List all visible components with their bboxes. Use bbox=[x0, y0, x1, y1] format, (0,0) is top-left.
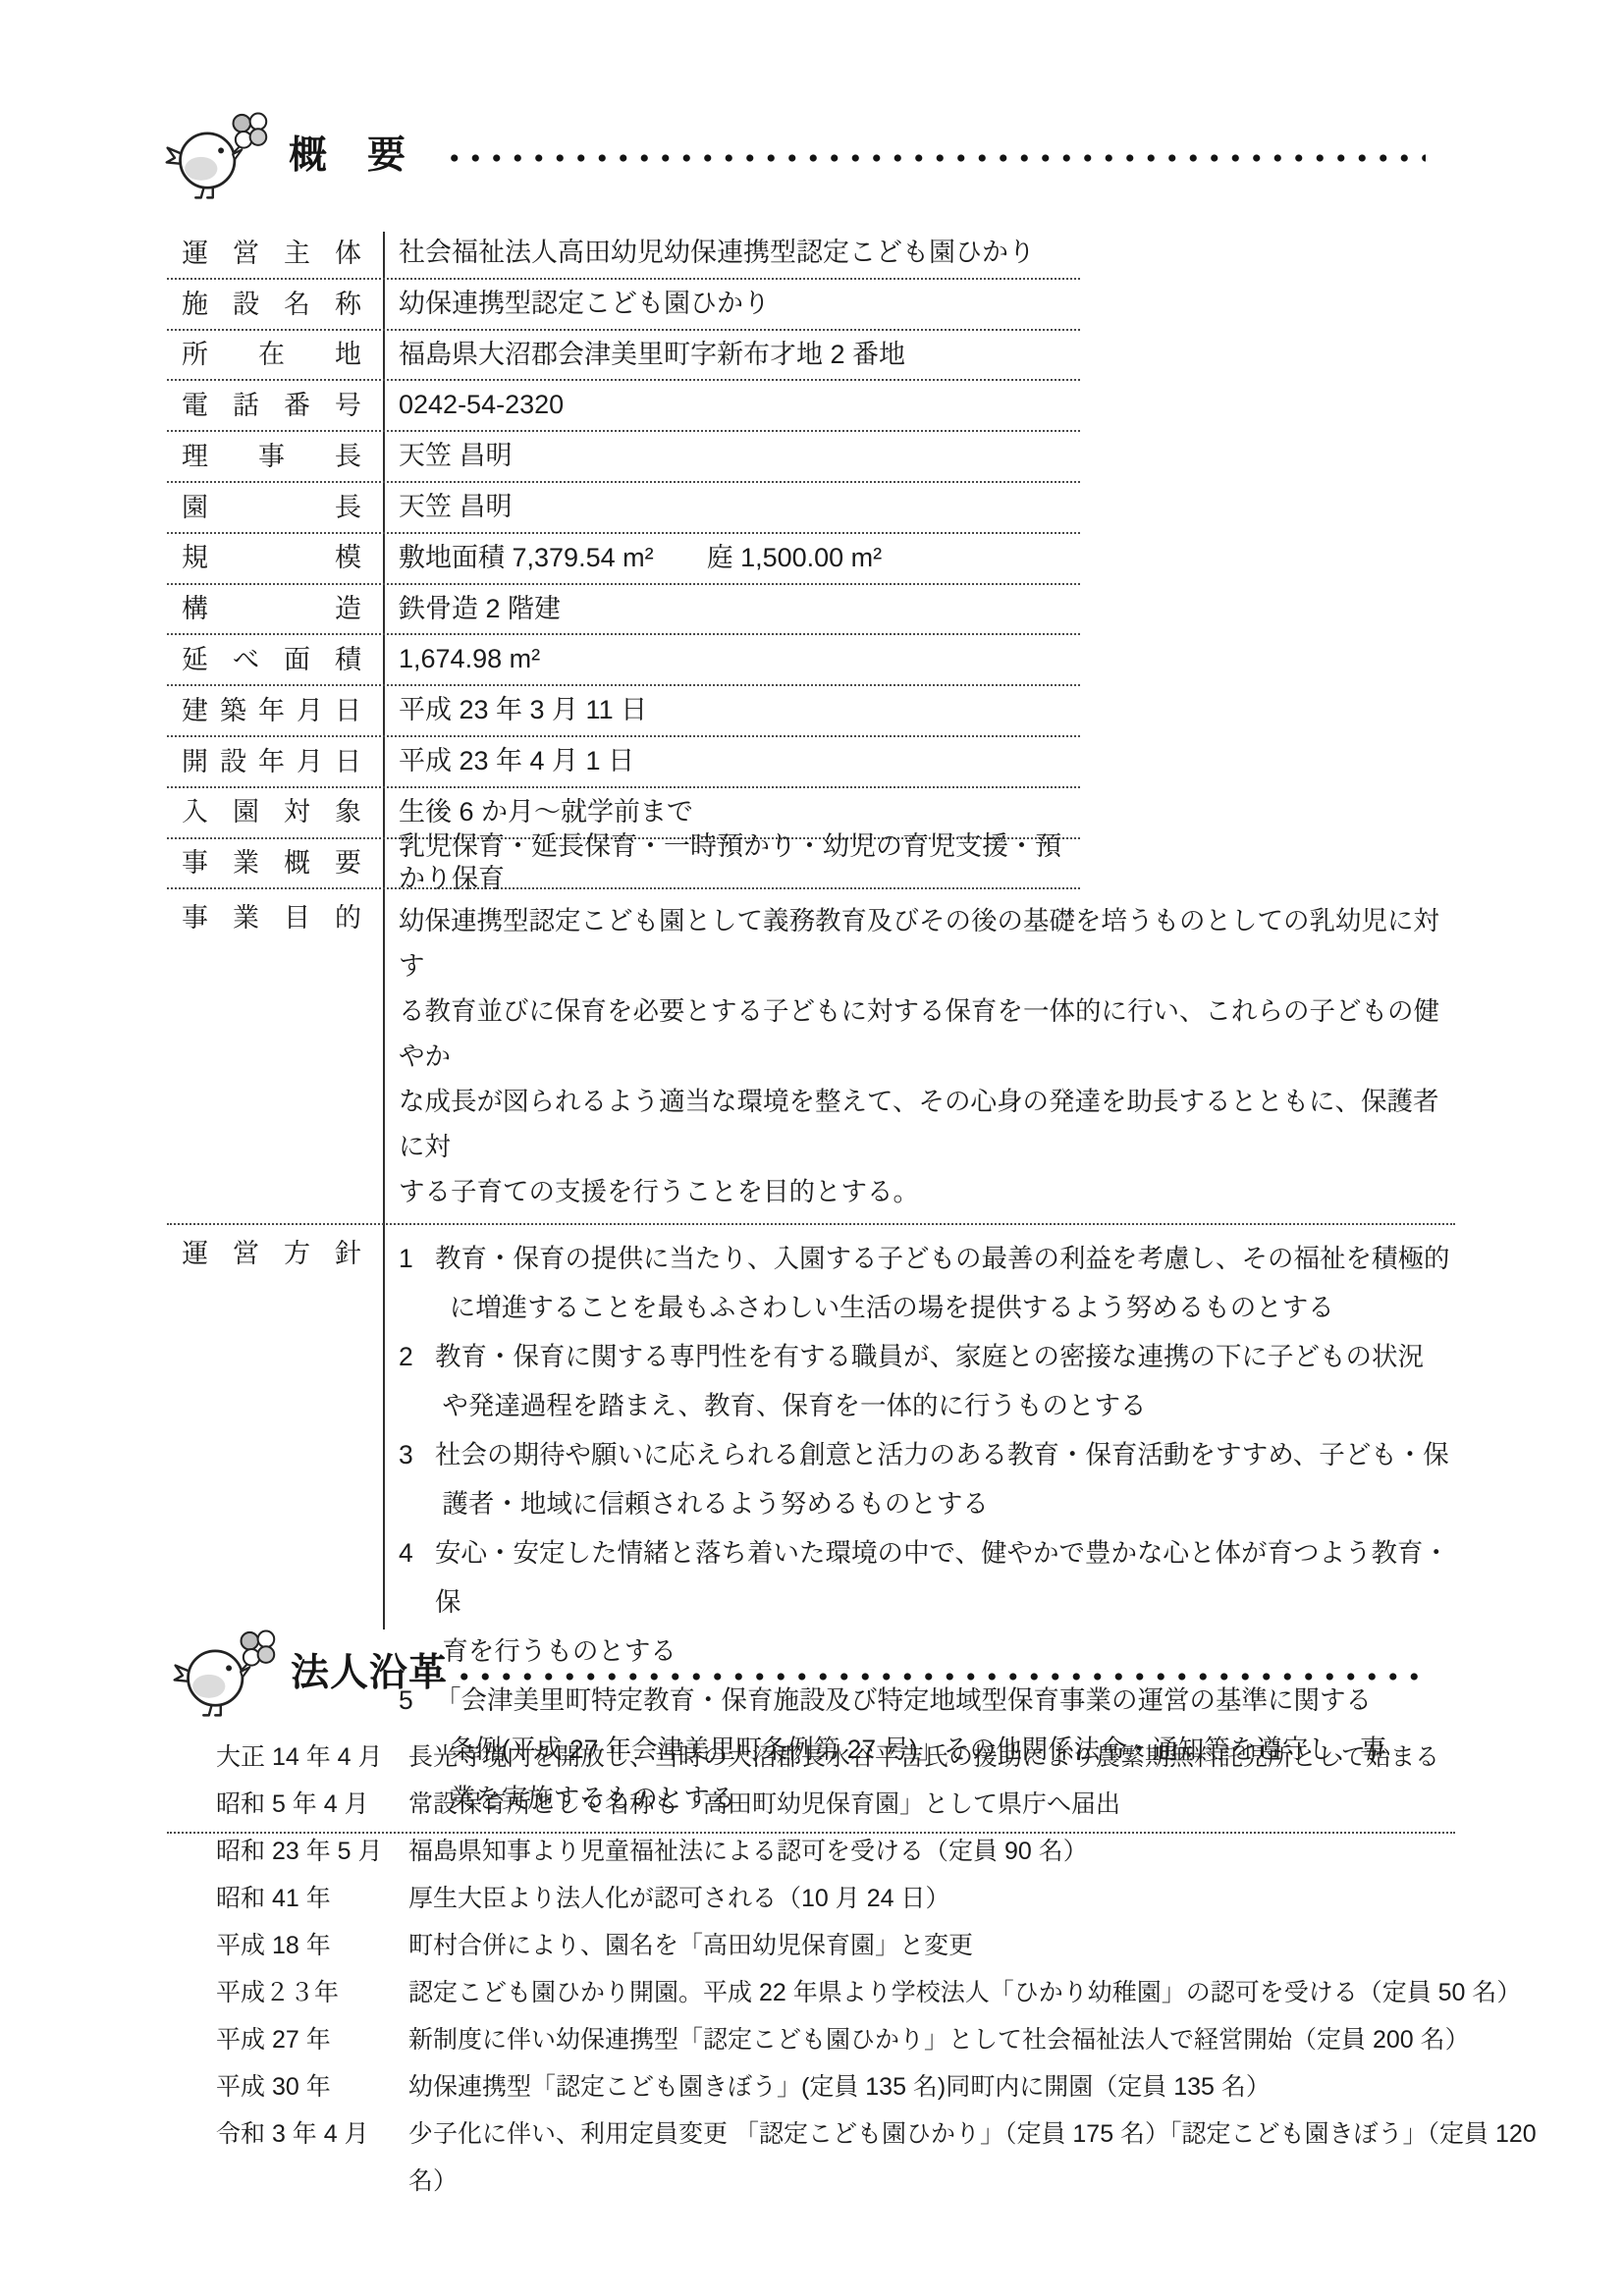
row-label: 運 営 主 体 bbox=[167, 238, 383, 269]
document-page: 概 要 運 営 主 体社会福祉法人高田幼児幼保連携型認定こども園ひかり施 設 名… bbox=[0, 0, 1624, 2296]
history-section-header: 法人沿革 bbox=[171, 1626, 1431, 1720]
bird-clover-icon bbox=[163, 108, 281, 202]
table-row: 運 営 主 体社会福祉法人高田幼児幼保連携型認定こども園ひかり bbox=[167, 229, 1080, 280]
policy-item-text: 社会の期待や願いに応えられる創意と活力のある教育・保育活動をすすめ、子ども・保 … bbox=[435, 1430, 1455, 1528]
policy-item-text: 教育・保育に関する専門性を有する職員が、家庭との密接な連携の下に子どもの状況 や… bbox=[435, 1332, 1455, 1430]
row-label: 園 長 bbox=[167, 492, 383, 523]
table-row: 建 築 年 月 日平成 23 年 3 月 11 日 bbox=[167, 686, 1080, 737]
history-date: 昭和 41 年 bbox=[216, 1875, 408, 1922]
policy-item: 2教育・保育に関する専門性を有する職員が、家庭との密接な連携の下に子どもの状況 … bbox=[399, 1332, 1455, 1430]
history-row: 大正 14 年 4 月長光寺境内を開放し、当時の大沼郡長水谷平吉氏の援助により農… bbox=[216, 1734, 1561, 1781]
history-row: 昭和 5 年 4 月常設保育所として名称も「高田町幼児保育園」として県庁へ届出 bbox=[216, 1781, 1561, 1828]
row-value: 幼保連携型認定こども園ひかり bbox=[383, 288, 770, 321]
row-label: 運 営 方 針 bbox=[167, 1232, 383, 1269]
history-date: 平成２３年 bbox=[216, 1969, 408, 2016]
history-description: 少子化に伴い、利用定員変更 「認定こども園ひかり」（定員 175 名）「認定こど… bbox=[408, 2110, 1561, 2205]
row-value: 福島県大沼郡会津美里町字新布才地 2 番地 bbox=[383, 339, 905, 372]
history-date: 令和 3 年 4 月 bbox=[216, 2110, 408, 2205]
table-row: 構 造鉄骨造 2 階建 bbox=[167, 585, 1080, 636]
history-description: 幼保連携型「認定こども園きぼう」(定員 135 名)同町内に開園（定員 135 … bbox=[408, 2063, 1561, 2110]
history-description: 福島県知事より児童福祉法による認可を受ける（定員 90 名） bbox=[408, 1828, 1561, 1875]
row-label: 構 造 bbox=[167, 593, 383, 624]
history-row: 平成 27 年新制度に伴い幼保連携型「認定こども園ひかり」として社会福祉法人で経… bbox=[216, 2016, 1561, 2063]
overview-section-header: 概 要 bbox=[163, 108, 1426, 202]
table-row: 園 長天笠 昌明 bbox=[167, 483, 1080, 534]
policy-item: 3社会の期待や願いに応えられる創意と活力のある教育・保育活動をすすめ、子ども・保… bbox=[399, 1430, 1455, 1528]
table-row-purpose: 事 業 目 的幼保連携型認定こども園として義務教育及びその後の基礎を培うものとし… bbox=[167, 889, 1455, 1225]
row-label: 延 べ 面 積 bbox=[167, 644, 383, 675]
row-value: 平成 23 年 4 月 1 日 bbox=[383, 745, 634, 778]
table-row: 開 設 年 月 日平成 23 年 4 月 1 日 bbox=[167, 737, 1080, 788]
table-row: 延 べ 面 積1,674.98 m² bbox=[167, 635, 1080, 686]
row-value: 幼保連携型認定こども園として義務教育及びその後の基礎を培うものとしての乳幼児に対… bbox=[383, 896, 1455, 1214]
history-description: 新制度に伴い幼保連携型「認定こども園ひかり」として社会福祉法人で経営開始（定員 … bbox=[408, 2016, 1561, 2063]
table-row: 規 模敷地面積 7,379.54 m² 庭 1,500.00 m² bbox=[167, 534, 1080, 585]
row-label: 規 模 bbox=[167, 542, 383, 573]
policy-item-text: 教育・保育の提供に当たり、入園する子どもの最善の利益を考慮し、その福祉を積極的 … bbox=[435, 1234, 1455, 1332]
row-value: 1,674.98 m² bbox=[383, 643, 540, 676]
row-value: 天笠 昌明 bbox=[383, 440, 513, 473]
history-row: 平成 18 年町村合併により、園名を「高田幼児保育園」と変更 bbox=[216, 1922, 1561, 1969]
row-label: 施 設 名 称 bbox=[167, 289, 383, 320]
history-description: 町村合併により、園名を「高田幼児保育園」と変更 bbox=[408, 1922, 1561, 1969]
row-label: 開 設 年 月 日 bbox=[167, 746, 383, 777]
row-value: 乳児保育・延長保育・一時預かり・幼児の育児支援・預かり保育 bbox=[383, 830, 1080, 897]
history-row: 昭和 23 年 5 月福島県知事より児童福祉法による認可を受ける（定員 90 名… bbox=[216, 1828, 1561, 1875]
table-row: 理 事 長天笠 昌明 bbox=[167, 432, 1080, 483]
row-value: 鉄骨造 2 階建 bbox=[383, 593, 561, 626]
history-date: 平成 18 年 bbox=[216, 1922, 408, 1969]
policy-item-number: 2 bbox=[399, 1332, 435, 1430]
bird-clover-icon bbox=[171, 1626, 289, 1720]
table-row: 電 話 番 号0242-54-2320 bbox=[167, 381, 1080, 432]
overview-title: 概 要 bbox=[289, 136, 406, 175]
row-label: 電 話 番 号 bbox=[167, 390, 383, 421]
history-date: 大正 14 年 4 月 bbox=[216, 1734, 408, 1781]
table-row: 事 業 概 要乳児保育・延長保育・一時預かり・幼児の育児支援・預かり保育 bbox=[167, 839, 1080, 890]
row-label: 建 築 年 月 日 bbox=[167, 695, 383, 726]
row-value: 平成 23 年 3 月 11 日 bbox=[383, 694, 647, 727]
history-row: 昭和 41 年厚生大臣より法人化が認可される（10 月 24 日） bbox=[216, 1875, 1561, 1922]
history-date: 平成 27 年 bbox=[216, 2016, 408, 2063]
policy-item-number: 1 bbox=[399, 1234, 435, 1332]
row-label: 事 業 概 要 bbox=[167, 847, 383, 879]
policy-item: 1教育・保育の提供に当たり、入園する子どもの最善の利益を考慮し、その福祉を積極的… bbox=[399, 1234, 1455, 1332]
history-row: 平成 30 年幼保連携型「認定こども園きぼう」(定員 135 名)同町内に開園（… bbox=[216, 2063, 1561, 2110]
row-label: 入 園 対 象 bbox=[167, 796, 383, 828]
history-title: 法人沿革 bbox=[291, 1654, 448, 1692]
dotted-rule bbox=[444, 153, 1426, 163]
row-value: 敷地面積 7,379.54 m² 庭 1,500.00 m² bbox=[383, 542, 882, 575]
history-row: 平成２３年認定こども園ひかり開園。平成 22 年県より学校法人「ひかり幼稚園」の… bbox=[216, 1969, 1561, 2016]
history-date: 昭和 5 年 4 月 bbox=[216, 1781, 408, 1828]
row-value: 天笠 昌明 bbox=[383, 491, 513, 524]
row-value: 社会福祉法人高田幼児幼保連携型認定こども園ひかり bbox=[383, 237, 1035, 270]
row-value: 0242-54-2320 bbox=[383, 389, 564, 422]
history-row: 令和 3 年 4 月少子化に伴い、利用定員変更 「認定こども園ひかり」（定員 1… bbox=[216, 2110, 1561, 2205]
row-label: 理 事 長 bbox=[167, 441, 383, 472]
history-list: 大正 14 年 4 月長光寺境内を開放し、当時の大沼郡長水谷平吉氏の援助により農… bbox=[216, 1734, 1561, 2205]
history-description: 長光寺境内を開放し、当時の大沼郡長水谷平吉氏の援助により農繁期無料託児所として始… bbox=[408, 1734, 1561, 1781]
row-label: 事 業 目 的 bbox=[167, 896, 383, 934]
dotted-rule bbox=[454, 1672, 1431, 1682]
table-row: 施 設 名 称幼保連携型認定こども園ひかり bbox=[167, 280, 1080, 331]
row-value: 生後 6 か月～就学前まで bbox=[383, 796, 693, 829]
row-label: 所 在 地 bbox=[167, 339, 383, 370]
table-row: 所 在 地福島県大沼郡会津美里町字新布才地 2 番地 bbox=[167, 331, 1080, 382]
history-date: 平成 30 年 bbox=[216, 2063, 408, 2110]
history-date: 昭和 23 年 5 月 bbox=[216, 1828, 408, 1875]
history-description: 認定こども園ひかり開園。平成 22 年県より学校法人「ひかり幼稚園」の認可を受け… bbox=[408, 1969, 1561, 2016]
policy-item-number: 3 bbox=[399, 1430, 435, 1528]
history-description: 厚生大臣より法人化が認可される（10 月 24 日） bbox=[408, 1875, 1561, 1922]
overview-table: 運 営 主 体社会福祉法人高田幼児幼保連携型認定こども園ひかり施 設 名 称幼保… bbox=[167, 229, 1455, 1834]
history-description: 常設保育所として名称も「高田町幼児保育園」として県庁へ届出 bbox=[408, 1781, 1561, 1828]
